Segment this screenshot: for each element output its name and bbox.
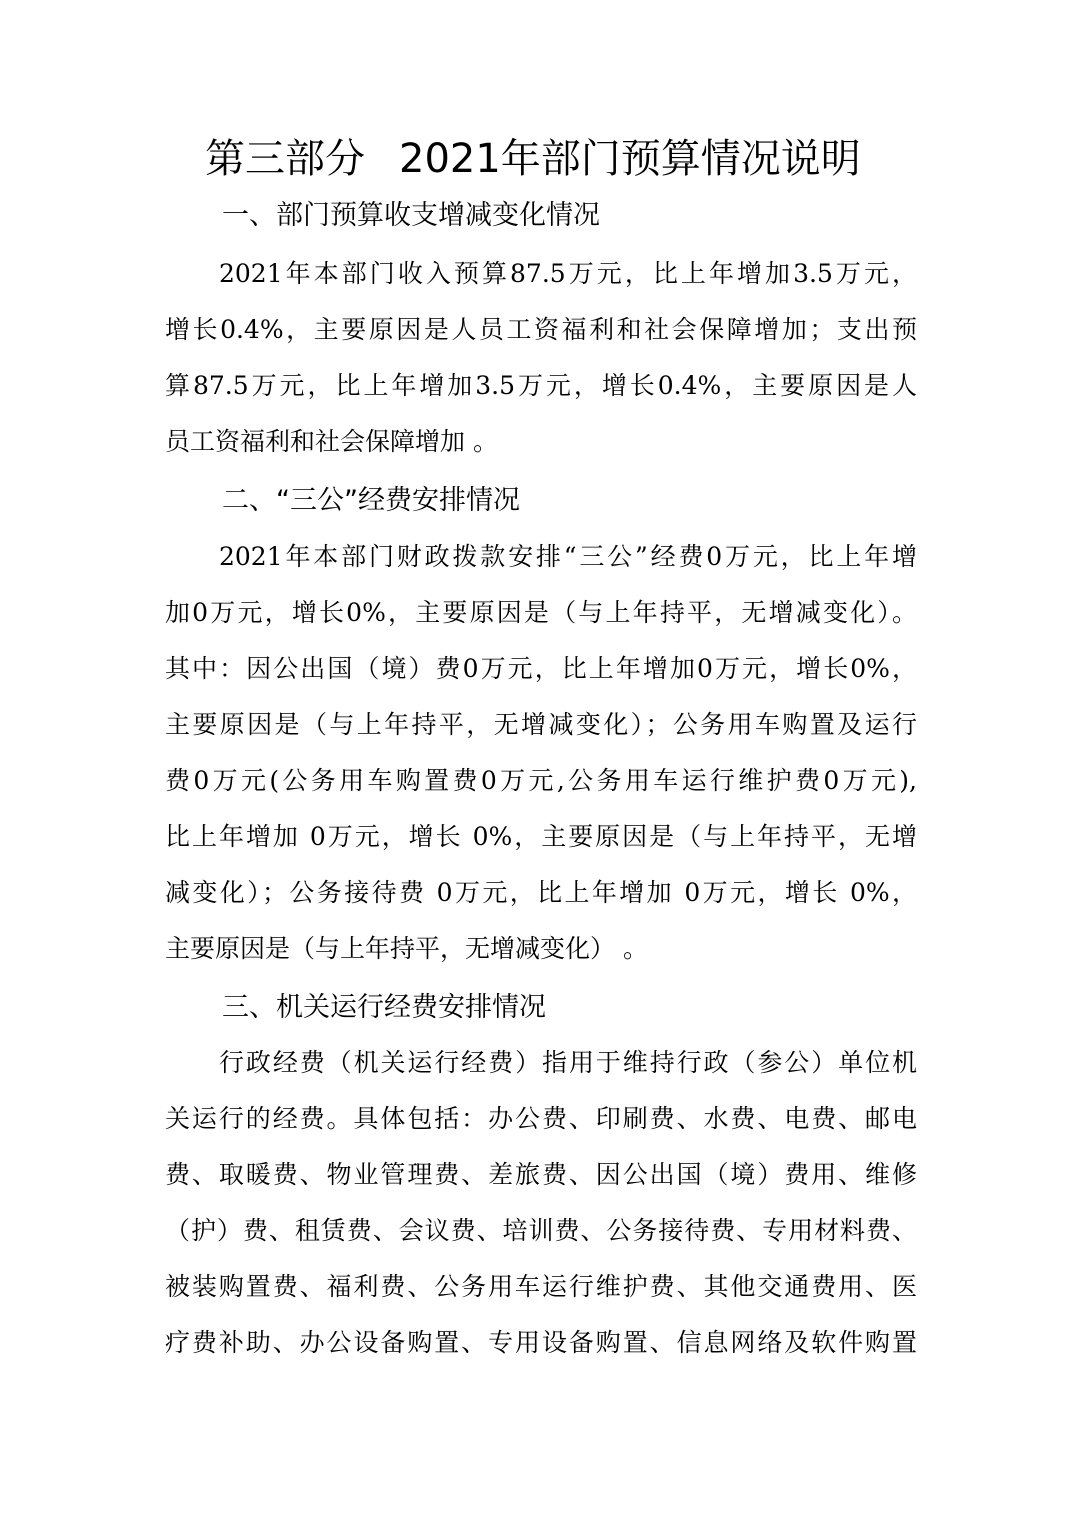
title-part: 第三部分: [205, 136, 365, 182]
paragraph-line: 算87.5万元，比上年增加3.5万元，增长0.4%，主要原因是人: [165, 369, 917, 403]
paragraph-line: 费、取暖费、物业管理费、差旅费、因公出国（境）费用、维修: [165, 1158, 917, 1192]
section-heading-1: 一、部门预算收支增减变化情况: [222, 198, 600, 234]
page-title: 第三部分2021年部门预算情况说明: [205, 133, 861, 185]
paragraph-line: 其中：因公出国（境）费0万元，比上年增加0万元，增长0%，: [165, 652, 917, 686]
paragraph-line: 2021年本部门收入预算87.5万元，比上年增加3.5万元，: [219, 257, 917, 291]
section-heading-3: 三、机关运行经费安排情况: [222, 990, 546, 1026]
paragraph-line: 增长0.4%，主要原因是人员工资福利和社会保障增加；支出预: [165, 313, 917, 347]
paragraph-line: 比上年增加 0万元，增长 0%，主要原因是（与上年持平，无增: [165, 820, 917, 854]
paragraph-line: 行政经费（机关运行经费）指用于维持行政（参公）单位机: [219, 1046, 917, 1080]
paragraph-line: 关运行的经费。具体包括：办公费、印刷费、水费、电费、邮电: [165, 1102, 917, 1136]
paragraph-line: 2021年本部门财政拨款安排“三公”经费0万元，比上年增: [219, 540, 917, 574]
paragraph-line: 主要原因是（与上年持平，无增减变化） 。: [165, 932, 917, 966]
paragraph-line: 疗费补助、办公设备购置、专用设备购置、信息网络及软件购置: [165, 1326, 917, 1360]
paragraph-line: 费0万元(公务用车购置费0万元,公务用车运行维护费0万元),: [165, 764, 917, 798]
title-main: 2021年部门预算情况说明: [399, 136, 861, 182]
paragraph-line: 员工资福利和社会保障增加 。: [165, 425, 917, 459]
paragraph-line: （护）费、租赁费、会议费、培训费、公务接待费、专用材料费、: [165, 1214, 917, 1248]
section-heading-2: 二、“三公”经费安排情况: [222, 483, 520, 519]
paragraph-line: 减变化）；公务接待费 0万元，比上年增加 0万元，增长 0%，: [165, 876, 917, 910]
paragraph-line: 加0万元，增长0%，主要原因是（与上年持平，无增减变化）。: [165, 596, 917, 630]
paragraph-line: 主要原因是（与上年持平，无增减变化）；公务用车购置及运行: [165, 708, 917, 742]
document-page: 第三部分2021年部门预算情况说明 一、部门预算收支增减变化情况 2021年本部…: [0, 0, 1080, 1527]
paragraph-line: 被装购置费、福利费、公务用车运行维护费、其他交通费用、医: [165, 1270, 917, 1304]
